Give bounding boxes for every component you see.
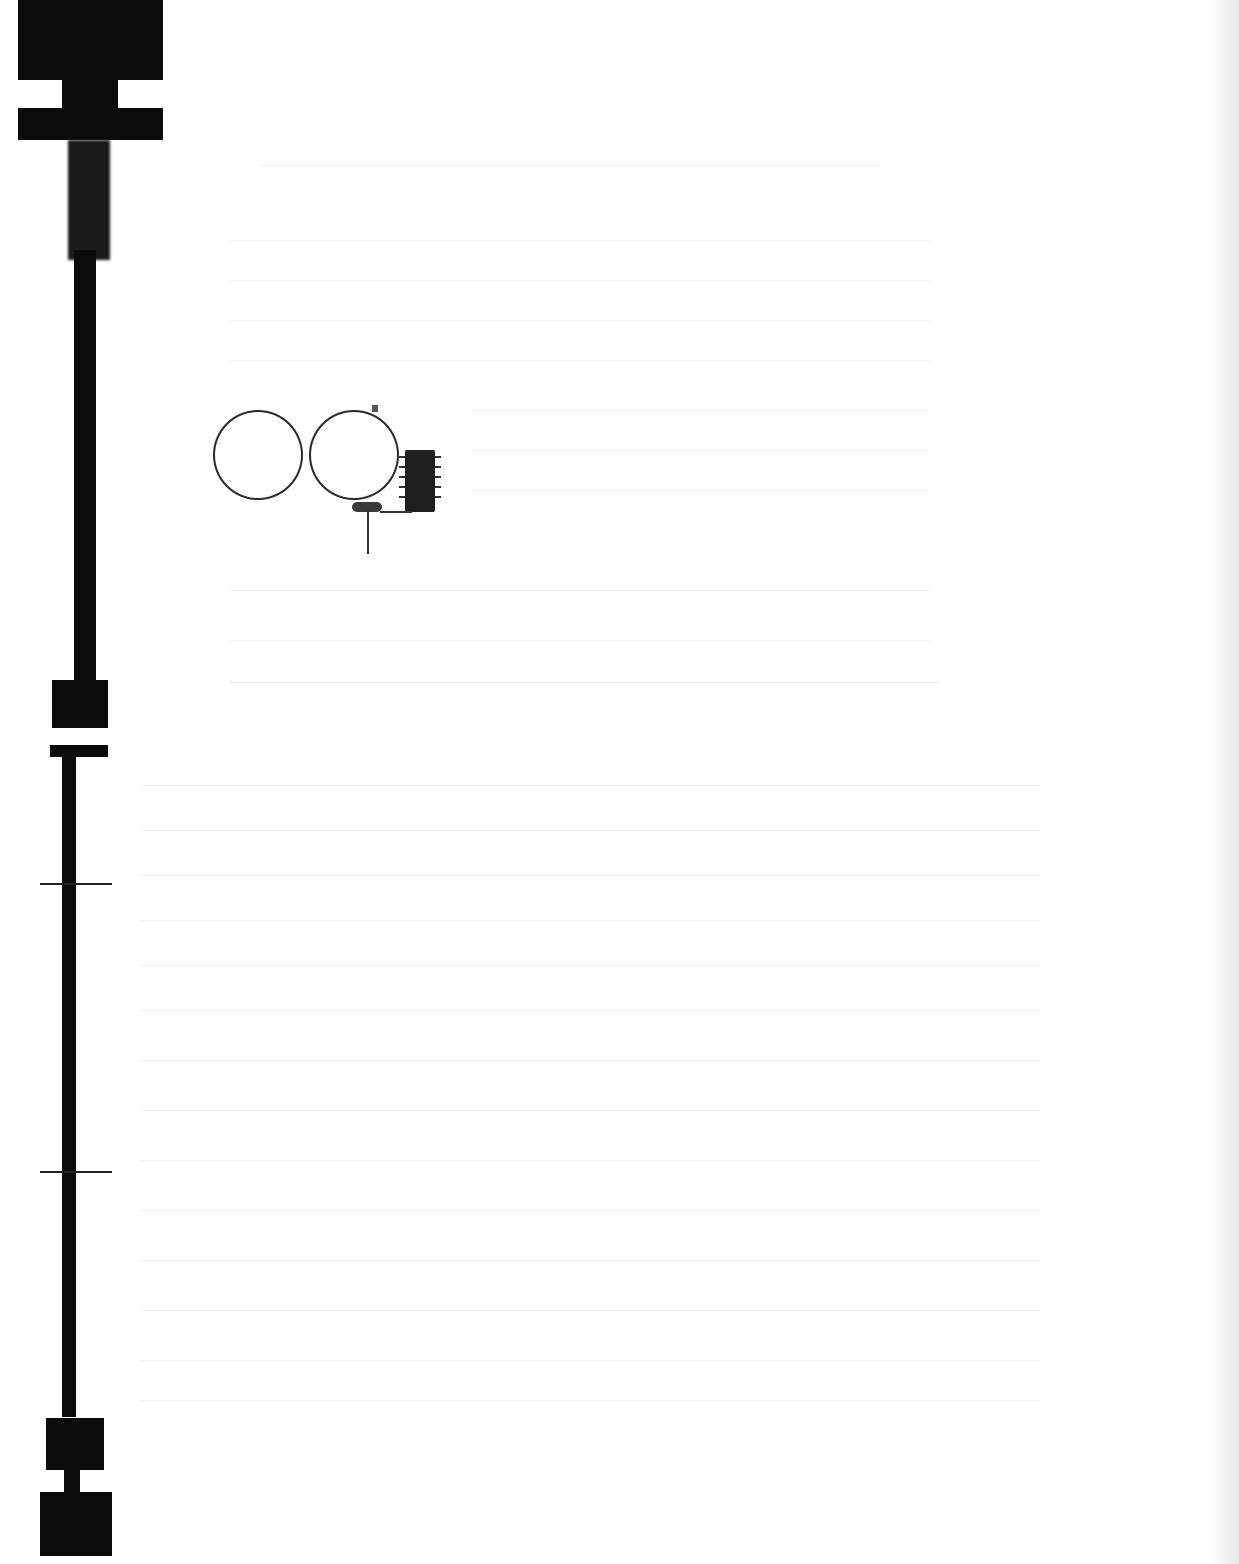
schematic-figure [205, 400, 455, 560]
heading-rule [260, 165, 880, 166]
lead-wire [367, 510, 369, 554]
coil-left [213, 410, 303, 500]
terminal-marker [372, 405, 378, 412]
connecting-wire [380, 511, 412, 513]
ic-chip [405, 450, 435, 512]
coil-right [309, 410, 399, 500]
page-edge-shadow [1209, 0, 1239, 1564]
